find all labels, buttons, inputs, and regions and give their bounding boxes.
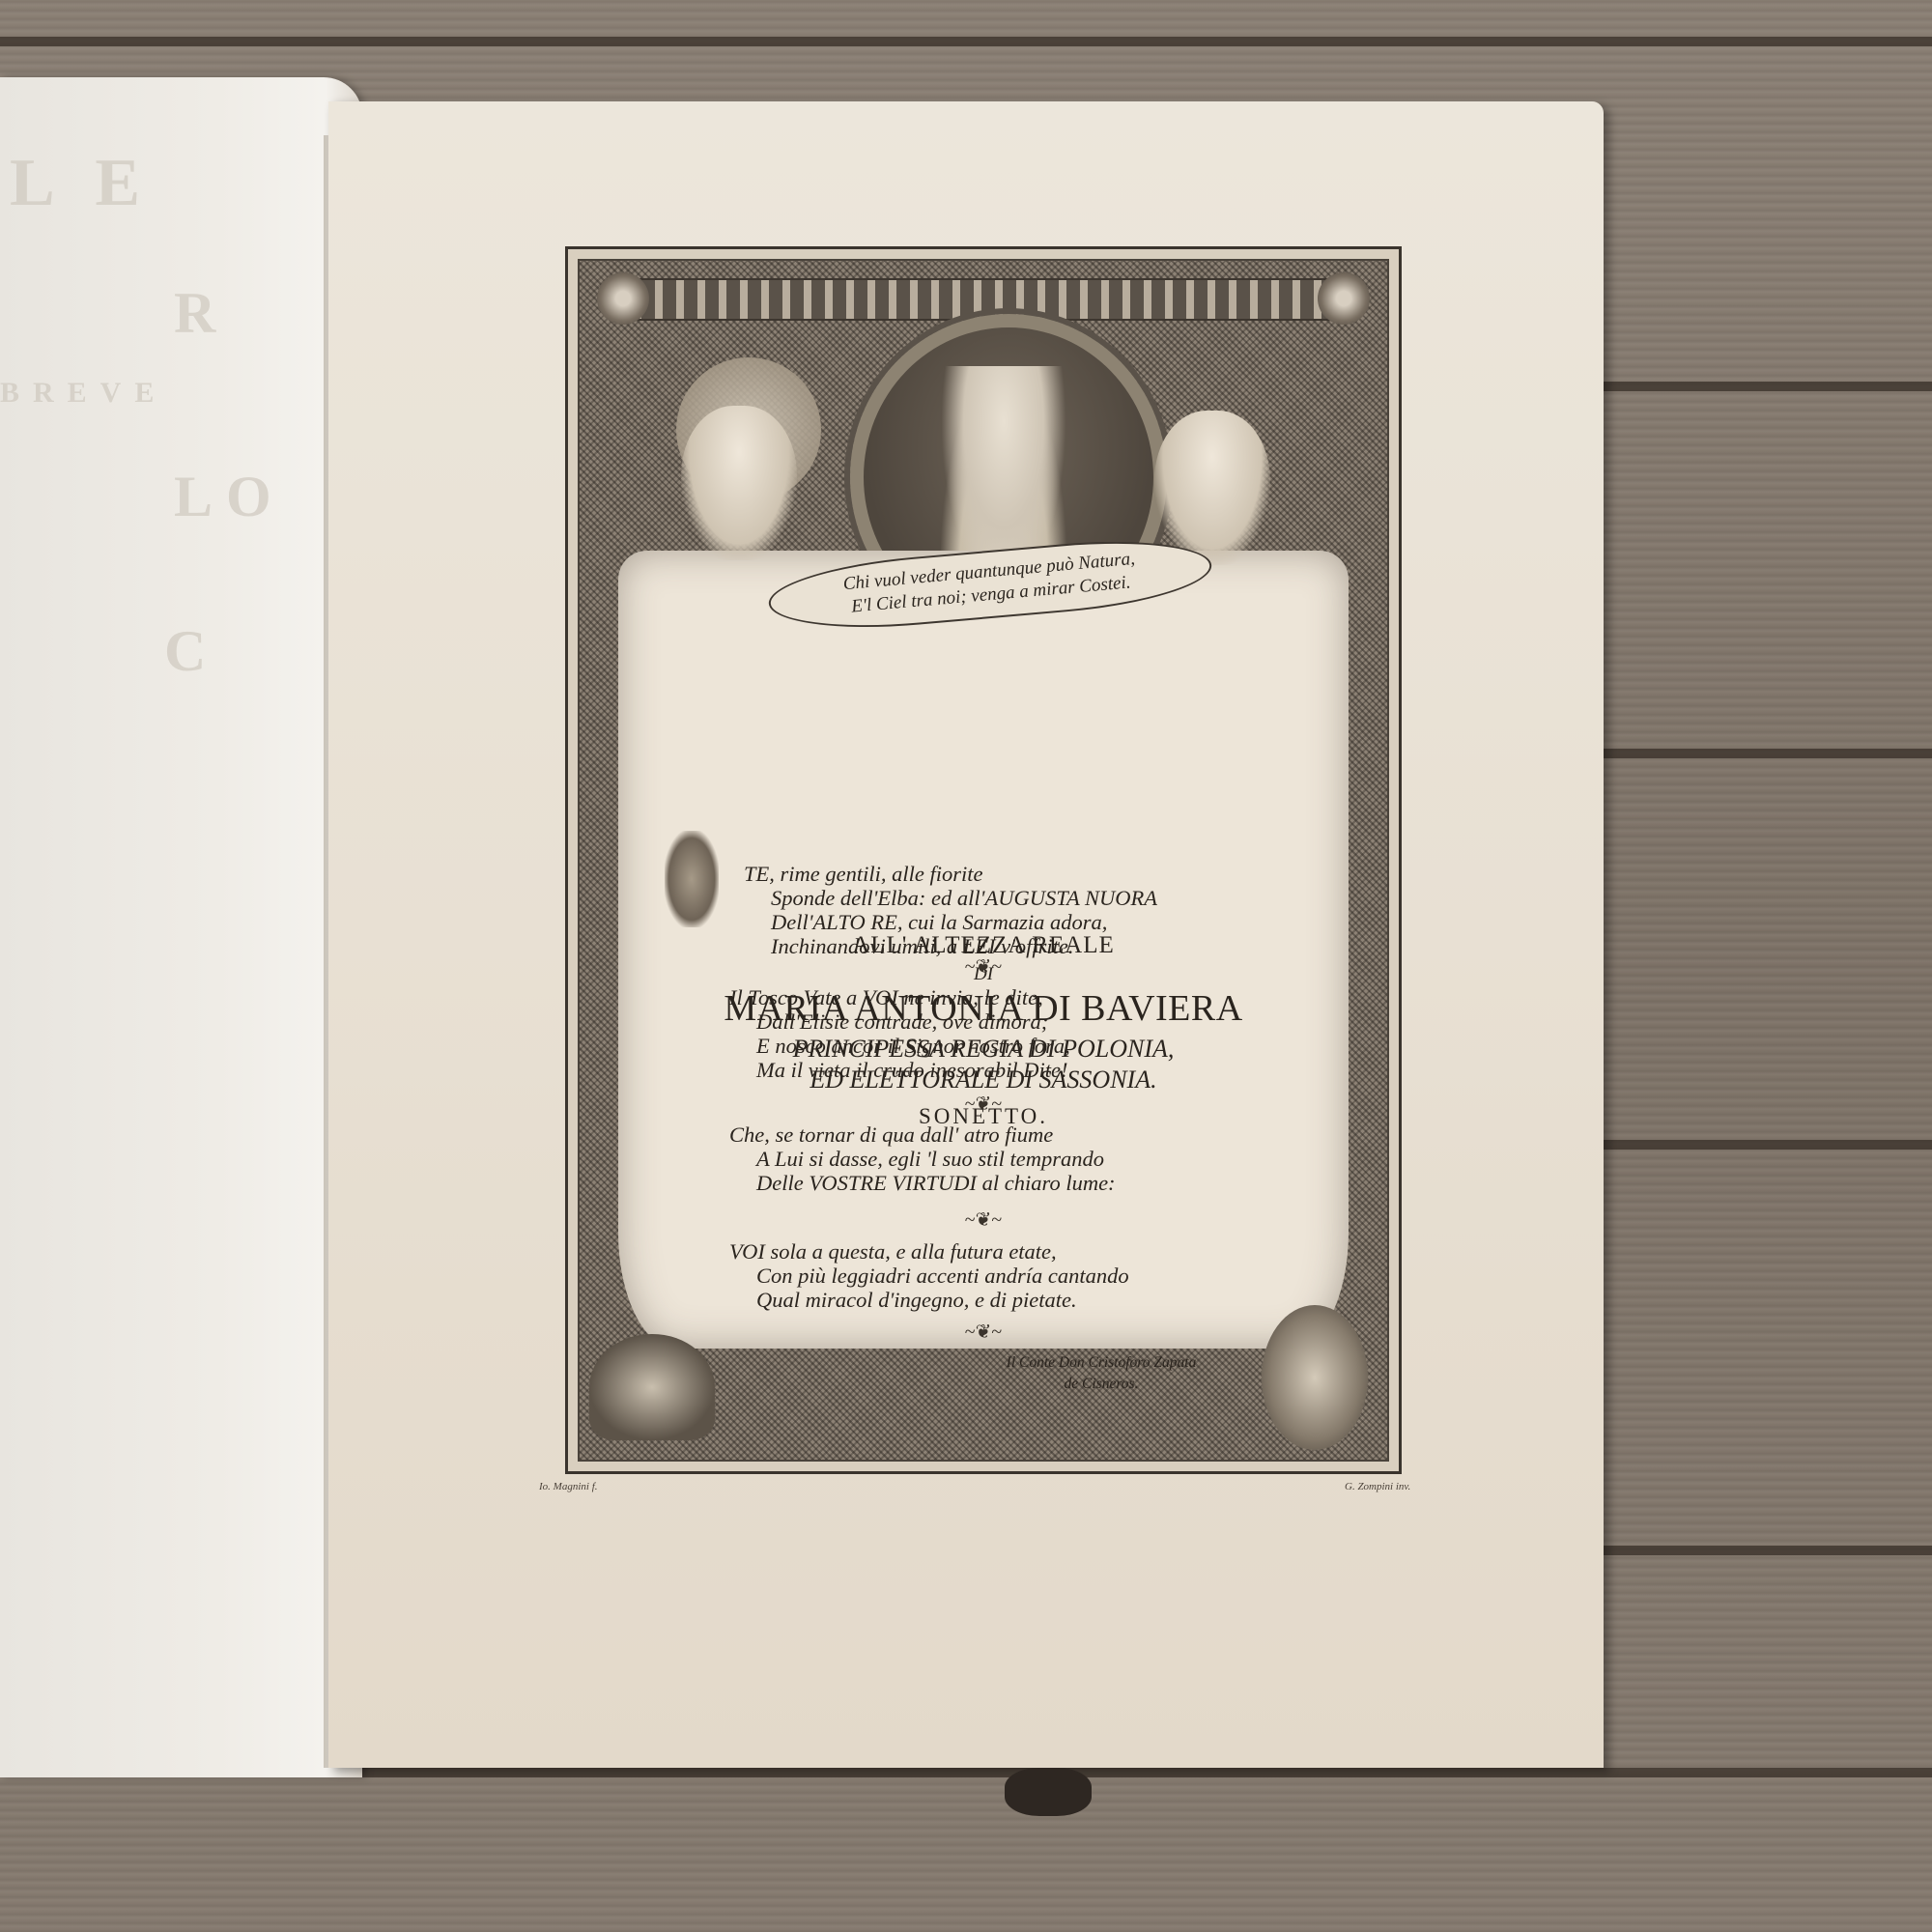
verse-line: Dell'ALTO RE, cui la Sarmazia adora, [744,910,1285,934]
verse-line: Con più leggiadri accenti andría cantand… [729,1264,1270,1288]
shield-mask-icon [1262,1305,1368,1450]
stanza-4: VOI sola a questa, e alla futura etate, … [729,1239,1270,1312]
signature-line: Il Conte Don Cristoforo Zapata [966,1352,1236,1374]
verse-line: Che, se tornar di qua dall' atro fiume [729,1122,1270,1147]
verse-line: Qual miracol d'ingegno, e di pietate. [729,1288,1270,1312]
verse-line: Il Tosco Vate a VOI ne invia, le dite, [729,985,1270,1009]
stanza-3: Che, se tornar di qua dall' atro fiume A… [729,1122,1270,1195]
book-clasp [1005,1768,1092,1816]
cherub-right [1154,411,1270,565]
designer-credit: G. Zompini inv. [1345,1481,1410,1492]
verse-line: E nosco ancor il Signor nostro fora, [729,1034,1270,1058]
show-through-text: R [174,280,229,347]
wood-plank-seam [1584,1140,1932,1150]
author-signature: Il Conte Don Cristoforo Zapata de Cisner… [966,1352,1236,1395]
verse-line: VOI sola a questa, e alla futura etate, [729,1239,1270,1264]
wood-plank-seam [1565,749,1932,758]
verse-line: Sponde dell'Elba: ed all'AUGUSTA NUORA [744,886,1285,910]
rosette-icon [597,272,649,325]
verse-line: TE, rime gentili, alle fiorite [744,862,1285,886]
verse-line: Ma il vieta il crudo inesorabil Dite! [729,1058,1270,1082]
engraved-plate: ALL' ALTEZZA REALE DI MARIA ANTONIA DI B… [565,246,1402,1474]
fleuron-ornament: ~❦~ [580,1207,1387,1232]
wood-plank-seam [1594,1546,1932,1555]
fleuron-ornament: ~❦~ [580,1092,1387,1116]
wood-plank-seam [0,37,1932,46]
fleuron-ornament: ~❦~ [580,954,1387,979]
stanza-2: Il Tosco Vate a VOI ne invia, le dite, D… [729,985,1270,1082]
show-through-text: L E [10,145,154,222]
signature-line: de Cisneros. [966,1374,1236,1395]
show-through-text: C [164,618,219,685]
wood-plank-seam [1555,382,1932,391]
cornice-ornament [618,278,1349,321]
engraving-frame: ALL' ALTEZZA REALE DI MARIA ANTONIA DI B… [578,259,1389,1462]
verse-line: Dall'Elisie contrade, ove dimora; [729,1009,1270,1034]
verse-line: A Lui si dasse, egli 'l suo stil tempran… [729,1147,1270,1171]
engraver-credit: Io. Magnini f. [539,1481,598,1492]
helmet-icon [589,1334,715,1440]
fleuron-ornament: ~❦~ [580,1320,1387,1344]
left-page: L E R BREVE LO C [0,77,362,1777]
rosette-icon [1318,272,1370,325]
show-through-text: BREVE [0,377,167,410]
verse-line: Delle VOSTRE VIRTUDI al chiaro lume: [729,1171,1270,1195]
stanza-1: TE, rime gentili, alle fiorite Sponde de… [744,862,1285,958]
cherub-left [681,406,797,560]
show-through-text: LO [174,464,285,530]
historiated-initial [665,831,719,927]
